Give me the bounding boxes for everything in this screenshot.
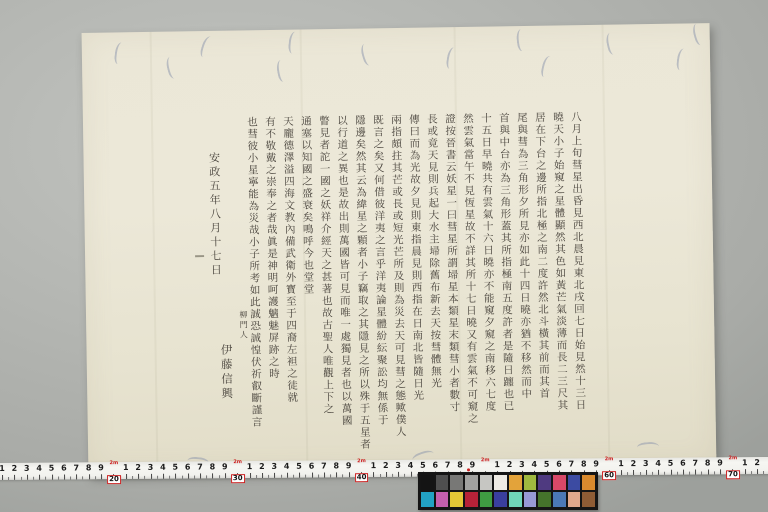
measuring-tape-ruler: 1234567892m201234567892m301234567892m401… bbox=[0, 457, 768, 480]
color-patch bbox=[524, 492, 537, 507]
ruler-tick bbox=[336, 472, 337, 477]
ruler-half-tick bbox=[132, 476, 133, 479]
ruler-tick bbox=[646, 470, 647, 475]
color-patch bbox=[568, 475, 581, 490]
ruler-half-tick bbox=[206, 475, 207, 478]
ruler-number: 8 bbox=[579, 459, 589, 468]
ruler-number: 2 bbox=[752, 458, 762, 467]
color-patch bbox=[509, 475, 522, 490]
thread-mark bbox=[540, 55, 555, 79]
ruler-half-tick bbox=[281, 475, 282, 478]
ruler-number: 9 bbox=[220, 462, 230, 471]
ruler-number: 4 bbox=[653, 459, 663, 468]
color-patch bbox=[494, 475, 507, 490]
ruler-number: 2 bbox=[381, 461, 391, 470]
ruler-tick bbox=[373, 472, 374, 477]
ruler-tick bbox=[262, 473, 263, 478]
ruler-tick bbox=[633, 470, 634, 475]
ruler-number: 5 bbox=[46, 464, 56, 473]
ruler-meter-tag: 2m bbox=[354, 459, 369, 464]
ruler-half-tick bbox=[392, 474, 393, 477]
color-patch bbox=[582, 475, 595, 490]
ruler-red-dot bbox=[467, 468, 470, 471]
color-patch bbox=[553, 492, 566, 507]
ruler-tick bbox=[250, 473, 251, 478]
ruler-number: 2 bbox=[505, 460, 515, 469]
ruler-half-tick bbox=[305, 475, 306, 478]
paper-crease bbox=[150, 32, 159, 474]
ruler-number: 1 bbox=[368, 461, 378, 470]
ruler-tick bbox=[349, 472, 350, 477]
paper-creases bbox=[82, 23, 710, 33]
manuscript-text-block: 八月上旬彗星出昏見西北晨見東北戌回七日始見然十三日曉天小子始窺之星體顯然其色如黃… bbox=[243, 111, 590, 466]
ruler-half-tick bbox=[293, 475, 294, 478]
ruler-number: 2 bbox=[257, 462, 267, 471]
thread-mark bbox=[114, 42, 127, 65]
ruler-half-tick bbox=[70, 476, 71, 479]
color-patch bbox=[421, 475, 434, 490]
color-calibration-chart bbox=[418, 472, 598, 510]
ruler-meter-tag: 2m bbox=[725, 456, 740, 461]
ruler-tick bbox=[621, 470, 622, 475]
ruler-number: 7 bbox=[566, 459, 576, 468]
color-patch bbox=[450, 475, 463, 490]
ruler-half-tick bbox=[342, 474, 343, 477]
ruler-number: 6 bbox=[306, 462, 316, 471]
ruler-number: 3 bbox=[641, 459, 651, 468]
color-patch bbox=[436, 492, 449, 507]
ruler-decade-number: 30 bbox=[231, 474, 245, 483]
ruler-decade-label: 2m70 bbox=[725, 456, 740, 480]
ruler-number: 5 bbox=[665, 459, 675, 468]
ruler-tick bbox=[64, 475, 65, 480]
ruler-half-tick bbox=[182, 476, 183, 479]
ruler-half-tick bbox=[95, 476, 96, 479]
ruler-tick bbox=[757, 469, 758, 474]
ruler-half-tick bbox=[714, 471, 715, 474]
ruler-number: 1 bbox=[121, 463, 131, 472]
color-patch bbox=[568, 492, 581, 507]
ruler-number: 6 bbox=[59, 463, 69, 472]
ruler-number: 4 bbox=[529, 460, 539, 469]
archival-photo-scene: 八月上旬彗星出昏見西北晨見東北戌回七日始見然十三日曉天小子始窺之星體顯然其色如黃… bbox=[0, 0, 768, 512]
ruler-number: 4 bbox=[158, 463, 168, 472]
thread-mark bbox=[288, 31, 300, 54]
ruler-meter-tag: 2m bbox=[602, 457, 617, 462]
ruler-tick bbox=[76, 474, 77, 479]
thread-mark bbox=[637, 441, 660, 453]
color-patch bbox=[421, 492, 434, 507]
ruler-number: 4 bbox=[282, 462, 292, 471]
ruler-decade-number: 70 bbox=[726, 470, 740, 479]
ruler-decade-number: 20 bbox=[107, 475, 121, 484]
ruler-number: 4 bbox=[405, 461, 415, 470]
ruler-tick bbox=[163, 474, 164, 479]
ruler-half-tick bbox=[268, 475, 269, 478]
ruler-half-tick bbox=[8, 477, 9, 480]
ruler-half-tick bbox=[627, 472, 628, 475]
color-patch bbox=[436, 475, 449, 490]
ruler-tick bbox=[200, 473, 201, 478]
ruler-decade-label: 2m40 bbox=[354, 459, 369, 483]
ruler-tick bbox=[398, 472, 399, 477]
ruler-tick bbox=[671, 470, 672, 475]
ruler-tick bbox=[658, 470, 659, 475]
ruler-tick bbox=[151, 474, 152, 479]
thread-mark bbox=[199, 35, 215, 59]
ruler-tick bbox=[683, 470, 684, 475]
ruler-number: 8 bbox=[331, 461, 341, 470]
color-patch bbox=[480, 475, 493, 490]
ruler-half-tick bbox=[763, 471, 764, 474]
thread-mark bbox=[359, 43, 375, 67]
ruler-number: 3 bbox=[145, 463, 155, 472]
ruler-half-tick bbox=[330, 474, 331, 477]
ruler-half-tick bbox=[21, 477, 22, 480]
ruler-tick bbox=[2, 475, 3, 480]
ruler-number: 2 bbox=[628, 459, 638, 468]
ruler-number: 8 bbox=[455, 460, 465, 469]
ruler-tick bbox=[287, 473, 288, 478]
ruler-meter-tag: 2m bbox=[478, 458, 493, 463]
ruler-half-tick bbox=[256, 475, 257, 478]
ruler-tick bbox=[225, 473, 226, 478]
paper-crease bbox=[602, 25, 611, 467]
color-patch bbox=[450, 492, 463, 507]
ruler-half-tick bbox=[380, 474, 381, 477]
ruler-meter-tag: 2m bbox=[230, 460, 245, 465]
ruler-number: 7 bbox=[71, 463, 81, 472]
ruler-number: 8 bbox=[207, 462, 217, 471]
color-patch bbox=[524, 475, 537, 490]
thread-mark bbox=[275, 59, 289, 82]
ruler-half-tick bbox=[664, 472, 665, 475]
color-patch bbox=[538, 475, 551, 490]
ruler-number: 5 bbox=[542, 460, 552, 469]
ruler-number: 9 bbox=[344, 461, 354, 470]
ruler-meter-tag: 2m bbox=[106, 461, 121, 466]
ruler-number: 6 bbox=[183, 463, 193, 472]
ruler-number: 9 bbox=[591, 459, 601, 468]
ruler-half-tick bbox=[318, 475, 319, 478]
ruler-number: 5 bbox=[294, 462, 304, 471]
ruler-half-tick bbox=[58, 477, 59, 480]
ruler-tick bbox=[212, 473, 213, 478]
ruler-half-tick bbox=[751, 471, 752, 474]
ruler-tick bbox=[299, 473, 300, 478]
ruler-tick bbox=[720, 469, 721, 474]
ruler-number: 4 bbox=[34, 464, 44, 473]
ruler-number: 1 bbox=[245, 462, 255, 471]
color-patch bbox=[509, 492, 522, 507]
ruler-tick bbox=[411, 472, 412, 477]
ruler-number: 7 bbox=[443, 460, 453, 469]
ruler-number: 7 bbox=[195, 462, 205, 471]
thread-mark bbox=[691, 22, 707, 46]
color-patch bbox=[480, 492, 493, 507]
color-patch bbox=[465, 475, 478, 490]
ruler-tick bbox=[695, 470, 696, 475]
ruler-tick bbox=[101, 474, 102, 479]
color-patch bbox=[582, 492, 595, 507]
ruler-tick bbox=[89, 474, 90, 479]
ruler-number: 8 bbox=[703, 458, 713, 467]
ruler-decade-label: 2m30 bbox=[230, 460, 245, 484]
signature-title: 柳門人 bbox=[238, 310, 249, 340]
ruler-tick bbox=[52, 475, 53, 480]
ruler-number: 1 bbox=[616, 459, 626, 468]
ruler-number: 9 bbox=[96, 463, 106, 472]
ruler-number: 1 bbox=[0, 464, 7, 473]
ruler-number: 7 bbox=[690, 459, 700, 468]
paper-mark bbox=[195, 255, 204, 257]
ruler-half-tick bbox=[640, 472, 641, 475]
ruler-half-tick bbox=[83, 476, 84, 479]
ruler-half-tick bbox=[157, 476, 158, 479]
color-patch bbox=[553, 475, 566, 490]
thread-mark bbox=[604, 32, 619, 56]
ruler-tick bbox=[27, 475, 28, 480]
ruler-number: 6 bbox=[430, 461, 440, 470]
ruler-tick bbox=[175, 474, 176, 479]
ruler-number: 3 bbox=[22, 464, 32, 473]
ruler-number: 6 bbox=[678, 459, 688, 468]
ruler-number: 5 bbox=[418, 461, 428, 470]
manuscript-date: 安政五年八月十七日 bbox=[205, 152, 223, 278]
ruler-number: 8 bbox=[84, 463, 94, 472]
ruler-tick bbox=[188, 474, 189, 479]
ruler-number: 7 bbox=[319, 461, 329, 470]
ruler-half-tick bbox=[194, 475, 195, 478]
ruler-tick bbox=[274, 473, 275, 478]
ruler-number: 3 bbox=[517, 460, 527, 469]
ruler-half-tick bbox=[169, 476, 170, 479]
thread-mark bbox=[515, 29, 528, 52]
thread-mark bbox=[445, 46, 458, 69]
manuscript-paper: 八月上旬彗星出昏見西北晨見東北戌回七日始見然十三日曉天小子始窺之星體顯然其色如黃… bbox=[82, 23, 717, 475]
ruler-number: 2 bbox=[133, 463, 143, 472]
ruler-tick bbox=[126, 474, 127, 479]
ruler-number: 3 bbox=[393, 461, 403, 470]
ruler-number: 3 bbox=[269, 462, 279, 471]
ruler-number: 1 bbox=[740, 458, 750, 467]
binding-thread-marks bbox=[82, 23, 710, 33]
color-patch bbox=[465, 492, 478, 507]
color-patch bbox=[538, 492, 551, 507]
ruler-number: 5 bbox=[170, 463, 180, 472]
signature-name: 伊藤信興 bbox=[218, 344, 235, 402]
ruler-number: 2 bbox=[9, 464, 19, 473]
ruler-half-tick bbox=[702, 471, 703, 474]
ruler-half-tick bbox=[33, 477, 34, 480]
thread-mark bbox=[164, 56, 179, 80]
ruler-tick bbox=[386, 472, 387, 477]
ruler-half-tick bbox=[652, 472, 653, 475]
ruler-decade-number: 60 bbox=[602, 471, 616, 480]
ruler-number: 6 bbox=[554, 460, 564, 469]
ruler-number: 1 bbox=[492, 460, 502, 469]
ruler-decade-number: 40 bbox=[355, 473, 369, 482]
ruler-half-tick bbox=[677, 472, 678, 475]
ruler-half-tick bbox=[689, 472, 690, 475]
ruler-number: 9 bbox=[715, 458, 725, 467]
ruler-tick bbox=[39, 475, 40, 480]
ruler-half-tick bbox=[219, 475, 220, 478]
thread-mark bbox=[676, 48, 689, 71]
ruler-tick bbox=[312, 473, 313, 478]
ruler-tick bbox=[138, 474, 139, 479]
ruler-decade-label: 2m60 bbox=[602, 457, 617, 481]
ruler-half-tick bbox=[144, 476, 145, 479]
ruler-half-tick bbox=[404, 474, 405, 477]
color-patch bbox=[494, 492, 507, 507]
ruler-tick bbox=[708, 469, 709, 474]
ruler-tick bbox=[745, 469, 746, 474]
ruler-tick bbox=[14, 475, 15, 480]
ruler-tick bbox=[324, 472, 325, 477]
ruler-decade-label: 2m20 bbox=[106, 461, 121, 485]
ruler-half-tick bbox=[45, 477, 46, 480]
